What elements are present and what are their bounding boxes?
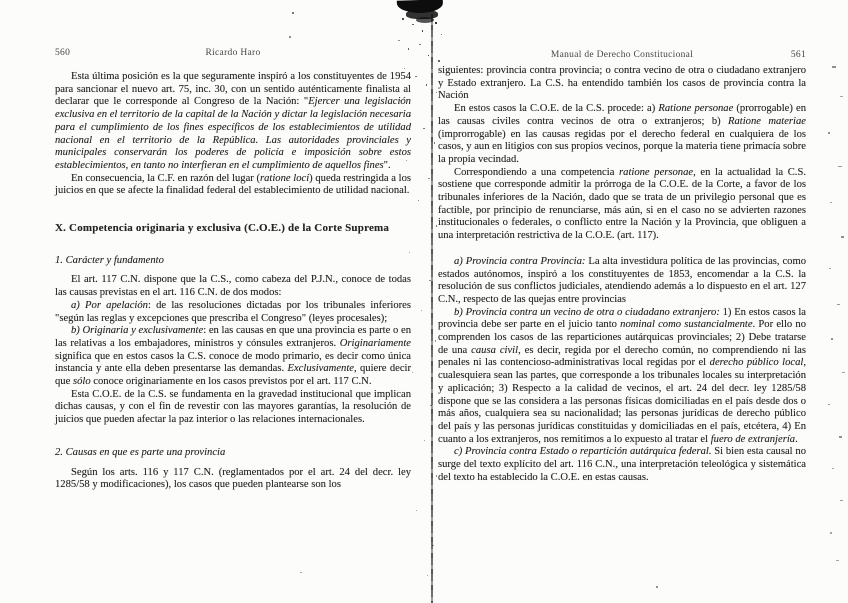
scan-speckle xyxy=(426,84,427,86)
scan-speckle xyxy=(832,66,836,68)
scan-speckle xyxy=(430,405,432,406)
scan-speckle xyxy=(419,44,421,45)
scan-speckle xyxy=(840,96,843,97)
paragraph: Esta última posición es la que seguramen… xyxy=(55,71,411,173)
scan-speckle xyxy=(300,572,302,573)
scan-speckle xyxy=(839,436,842,438)
scan-speckle xyxy=(841,236,844,238)
scan-speckle xyxy=(409,252,410,253)
right-page-body: siguientes: provincia contra provincia; … xyxy=(438,65,806,485)
scan-speckle xyxy=(656,586,658,588)
scan-speckle xyxy=(438,60,440,62)
sub-heading: 2. Causas en que es parte una provincia xyxy=(55,447,411,460)
paragraph: Correspondiendo a una competencia ration… xyxy=(438,167,806,243)
scan-speckle xyxy=(836,560,839,561)
scan-speckle xyxy=(422,30,423,32)
section-heading: X. Competencia originaria y exclusiva (C… xyxy=(55,222,411,235)
scan-speckle xyxy=(831,338,833,340)
scan-speckle xyxy=(402,18,404,20)
scan-speckle xyxy=(828,132,830,134)
scan-speckle xyxy=(832,468,834,469)
scan-speckle xyxy=(838,166,842,167)
binding-gutter-line xyxy=(431,14,433,603)
scan-speckle xyxy=(424,440,425,441)
scan-speckle xyxy=(436,225,437,227)
scan-speckle xyxy=(418,200,419,201)
scan-speckle xyxy=(289,36,291,38)
scan-speckle xyxy=(428,178,430,179)
scan-speckle xyxy=(415,76,417,77)
right-page: Manual de Derecho Constitucional 561 sig… xyxy=(438,50,806,485)
scan-speckle xyxy=(398,40,400,41)
right-page-number: 561 xyxy=(758,50,806,60)
scan-speckle xyxy=(829,268,831,269)
ink-blob-artifact xyxy=(416,17,434,23)
running-head-author: Ricardo Haro xyxy=(103,48,363,58)
scan-speckle xyxy=(436,475,437,477)
paragraph: a) Por apelación: de las resoluciones di… xyxy=(55,300,411,325)
scan-speckle xyxy=(292,12,294,14)
scan-speckle xyxy=(410,115,411,116)
paragraph: c) Provincia contra Estado o repartición… xyxy=(438,446,806,484)
paragraph: El art. 117 C.N. dispone que la C.S., co… xyxy=(55,274,411,299)
scan-speckle xyxy=(428,55,429,56)
scan-speckle xyxy=(830,532,832,534)
scan-speckle xyxy=(432,545,434,546)
paragraph: En consecuencia, la C.F. en razón del lu… xyxy=(55,173,411,198)
paragraph: b) Originaria y exclusivamente: en las c… xyxy=(55,325,411,389)
scan-speckle xyxy=(828,404,830,405)
paragraph: Esta C.O.E. de la C.S. se fundamenta en … xyxy=(55,389,411,427)
scan-speckle xyxy=(427,575,428,576)
scan-speckle xyxy=(436,92,437,93)
left-running-head: 560 Ricardo Haro xyxy=(55,48,411,58)
running-head-title: Manual de Derecho Constitucional xyxy=(486,50,758,60)
scan-speckle xyxy=(408,48,409,50)
scan-speckle xyxy=(423,128,425,129)
scan-speckle xyxy=(404,68,405,69)
scan-speckle xyxy=(399,100,401,101)
left-page: 560 Ricardo Haro Esta última posición es… xyxy=(55,48,411,492)
left-page-body: Esta última posición es la que seguramen… xyxy=(55,71,411,492)
paragraph: a) Provincia contra Provincia: La alta i… xyxy=(438,256,806,307)
paragraph: siguientes: provincia contra provincia; … xyxy=(438,65,806,103)
scan-speckle xyxy=(406,160,407,161)
scan-speckle xyxy=(412,372,413,373)
scan-speckle xyxy=(412,24,414,25)
scan-speckle xyxy=(434,142,435,144)
sub-heading: 1. Carácter y fundamento xyxy=(55,255,411,268)
left-page-number: 560 xyxy=(55,48,103,58)
scan-speckle xyxy=(429,280,431,281)
paragraph: b) Provincia contra un vecino de otra o … xyxy=(438,307,806,447)
scan-speckle xyxy=(830,202,832,203)
scan-speckle xyxy=(840,500,843,501)
scan-speckle xyxy=(435,340,436,342)
paragraph: En estos casos la C.O.E. de la C.S. proc… xyxy=(438,103,806,167)
scan-speckle xyxy=(441,34,442,35)
scan-speckle xyxy=(837,304,840,305)
paragraph: Según los arts. 116 y 117 C.N. (reglamen… xyxy=(55,467,411,492)
scan-speckle xyxy=(416,510,417,511)
scan-speckle xyxy=(435,22,437,24)
scan-speckle xyxy=(842,372,845,373)
right-running-head: Manual de Derecho Constitucional 561 xyxy=(438,50,806,60)
scan-speckle xyxy=(421,310,422,311)
scanned-book-spread: 560 Ricardo Haro Esta última posición es… xyxy=(0,0,848,603)
